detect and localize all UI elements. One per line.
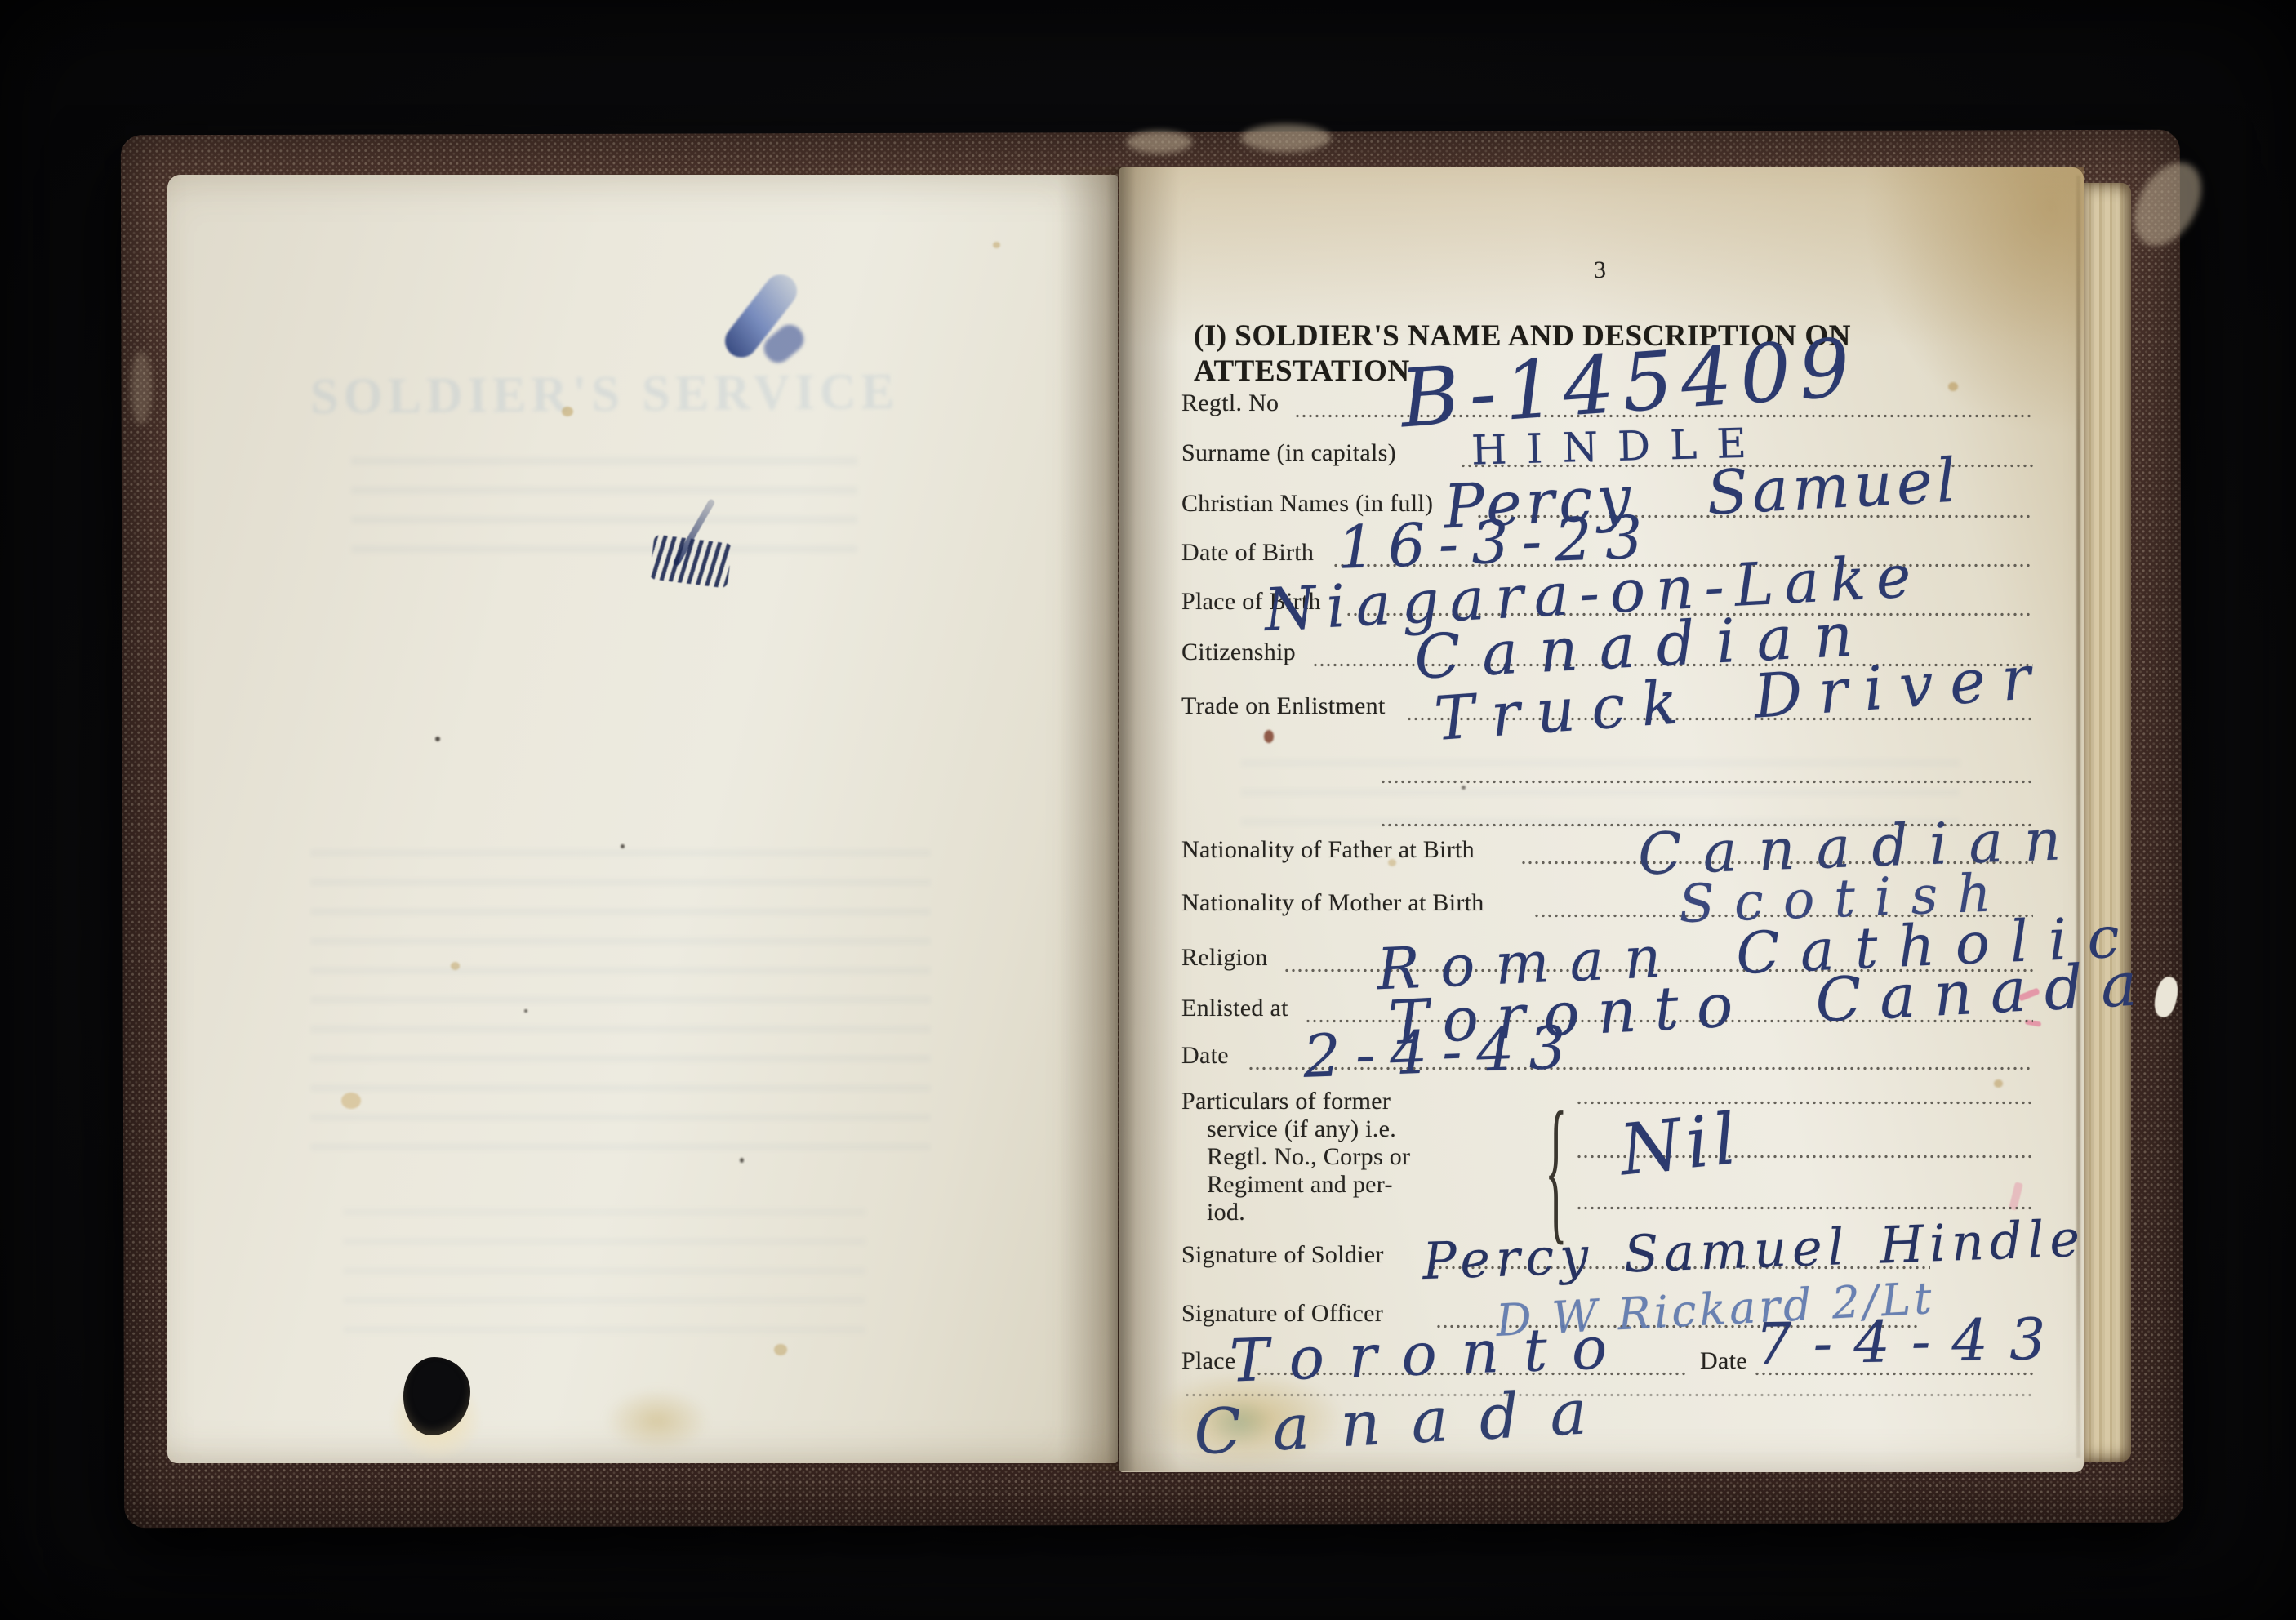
foxing-speck [451, 962, 460, 970]
dotted-line [1576, 1206, 2033, 1210]
foxing-speck [774, 1344, 787, 1355]
foxing-speck [993, 242, 1000, 248]
stain [604, 1388, 710, 1453]
dark-speck [621, 844, 625, 848]
field-label-regtl-no: Regtl. No [1181, 389, 1279, 417]
field-label-former-service-l1: Particulars of former [1181, 1088, 1391, 1115]
dotted-line-blank [1380, 780, 2033, 784]
field-label-former-service-l2: service (if any) i.e. [1207, 1115, 1396, 1143]
handwriting-enlist-date: 2-4-43 [1302, 1012, 1582, 1091]
bleed-through-ghost-text: SOLDIER'S SERVICE [310, 363, 900, 426]
dark-speck [435, 737, 440, 741]
blue-pen-scribble [649, 534, 732, 588]
dark-speck [740, 1158, 744, 1163]
cover-fray-thread [1241, 124, 1331, 152]
foxing-speck [1994, 1079, 2003, 1088]
field-label-former-service-l4: Regiment and per- [1207, 1171, 1393, 1199]
field-label-former-service-l3: Regtl. No., Corps or [1207, 1143, 1410, 1171]
field-label-mother-nationality: Nationality of Mother at Birth [1181, 889, 1484, 917]
page-number: 3 [1594, 256, 1606, 284]
cover-fray-thread [1127, 131, 1192, 154]
page-edge-stack [2084, 183, 2131, 1462]
field-label-father-nationality: Nationality of Father at Birth [1181, 836, 1475, 864]
field-label-enlisted-at: Enlisted at [1181, 995, 1288, 1022]
field-label-former-service-l5: iod. [1207, 1199, 1245, 1226]
handwriting-attest-date: 7-4-43 [1755, 1306, 2067, 1378]
foxing-speck [341, 1093, 361, 1109]
field-label-trade: Trade on Enlistment [1181, 692, 1386, 720]
field-label-soldier-signature: Signature of Soldier [1181, 1241, 1384, 1269]
field-label-enlist-date: Date [1181, 1042, 1229, 1070]
cover-fray-thread [131, 351, 152, 425]
field-label-attest-date: Date [1700, 1347, 1747, 1375]
field-label-place: Place [1181, 1347, 1235, 1375]
dark-speck [1462, 786, 1466, 790]
ink-fleck [1264, 730, 1274, 743]
photo-of-service-book: SOLDIER'S SERVICE 3 (I) SOLDIER'S NAME A… [0, 0, 2296, 1620]
handwriting-former-service: Nil [1616, 1098, 1745, 1192]
dark-speck [524, 1009, 527, 1012]
dotted-line [1576, 1101, 2033, 1105]
field-label-surname: Surname (in capitals) [1181, 439, 1396, 467]
field-label-date-of-birth: Date of Birth [1181, 539, 1314, 567]
field-label-religion: Religion [1181, 944, 1268, 972]
foxing-speck [562, 407, 573, 416]
